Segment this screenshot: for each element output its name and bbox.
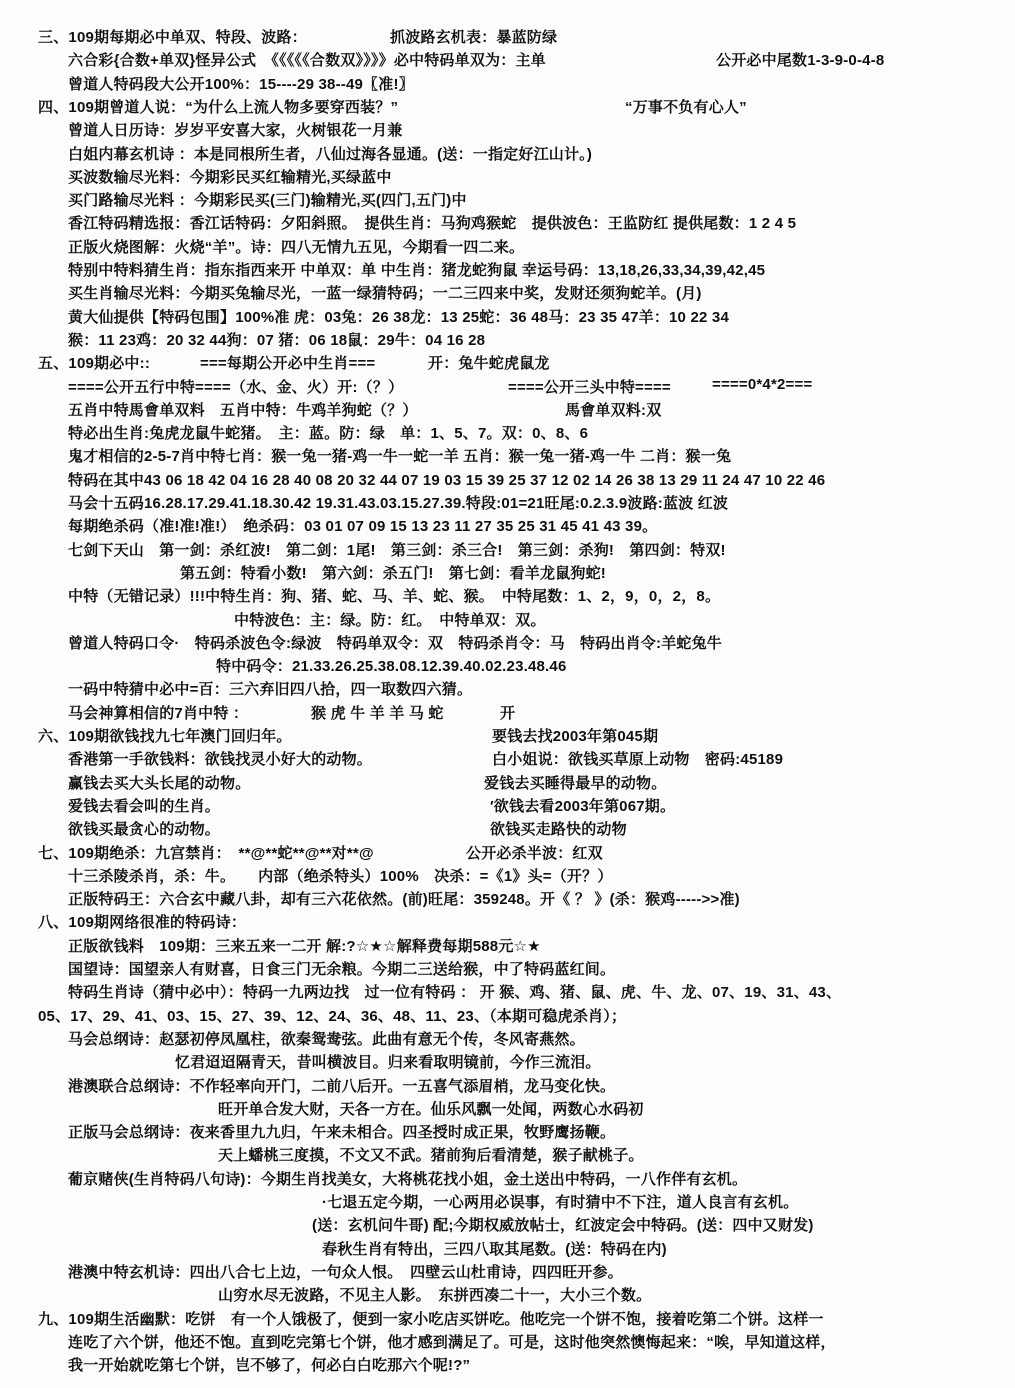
text-line: 香江特码精选报：香江话特码：夕阳斜照。 提供生肖：马狗鸡猴蛇 提供波色：王监防红…	[0, 212, 1015, 235]
text-segment: 香港第一手欲钱料：欲钱找灵小好大的动物。	[68, 748, 372, 769]
text-line: 葡京赌侠(生肖特码八句诗)：今期生肖找美女，大将桃花找小姐，金土送出中特码，一八…	[0, 1168, 1015, 1191]
text-line: 香港第一手欲钱料：欲钱找灵小好大的动物。白小姐说：欲钱买草原上动物 密码:451…	[0, 748, 1015, 771]
text-segment: 欲钱买最贪心的动物。	[68, 818, 220, 839]
text-segment: 六合彩{合数+单双}怪异公式 《《《《《合数双》》》》必中特码单双为：主单	[68, 49, 546, 70]
text-line: 每期绝杀码（准!准!准!） 绝杀码：03 01 07 09 15 13 23 1…	[0, 515, 1015, 538]
text-line: 白姐内幕玄机诗 ：本是同根所生者，八仙过海各显通。(送：一指定好江山计。)	[0, 143, 1015, 166]
text-segment: 爱钱去看会叫的生肖。	[68, 795, 220, 816]
text-line: 旺开单合发大财，天各一方在。仙乐风飘一处闻，两数心水码初	[0, 1098, 1015, 1121]
text-segment: 开	[500, 702, 515, 723]
text-line: 05、17、29、41、03、15、27、39、12、24、36、48、11、2…	[0, 1005, 1015, 1028]
text-segment: 特码在其中43 06 18 42 04 16 28 40 08 20 32 44…	[68, 469, 825, 490]
text-line: 六、109期欲钱找九七年澳门回归年。要钱去找2003年第045期	[0, 725, 1015, 748]
text-line: 中特（无错记录）!!!中特生肖：狗、猪、蛇、马、羊、蛇、猴。 中特尾数：1、2，…	[0, 585, 1015, 608]
text-segment: 八、109期网络很准的特码诗：	[38, 911, 246, 932]
text-line: 爱钱去看会叫的生肖。′欲钱去看2003年第067期。	[0, 795, 1015, 818]
text-line: 港澳联合总纲诗：不作轻率向开门，二前八后开。一五喜气添眉梢，龙马变化快。	[0, 1075, 1015, 1098]
text-segment: 赢钱去买大头长尾的动物。	[68, 772, 250, 793]
text-line: 买波数输尽光料：今期彩民买红输精光,买绿蓝中	[0, 166, 1015, 189]
text-segment: 葡京赌侠(生肖特码八句诗)：今期生肖找美女，大将桃花找小姐，金土送出中特码，一八…	[68, 1168, 747, 1189]
text-segment: (送：玄机问牛哥) 配;今期权威放帖士，红波定会中特码。(送：四中又财发)	[312, 1214, 814, 1235]
text-segment: 05、17、29、41、03、15、27、39、12、24、36、48、11、2…	[38, 1005, 626, 1026]
text-line: 曾道人特码口令· 特码杀波色令:绿波 特码单双令：双 特码杀肖令：马 特码出肖令…	[0, 632, 1015, 655]
text-line: 港澳中特玄机诗：四出八合七上边，一句众人恨。 四壁云山杜甫诗，四四旺开参。	[0, 1261, 1015, 1284]
text-segment: 曾道人特码口令· 特码杀波色令:绿波 特码单双令：双 特码杀肖令：马 特码出肖令…	[68, 632, 722, 653]
text-segment: “万事不负有心人”	[625, 96, 747, 117]
text-segment: ====公开五行中特====（水、金、火）开:（？）	[68, 376, 403, 397]
text-line: 中特波色：主：绿。防：红。 中特单双：双。	[0, 609, 1015, 632]
text-line: 特码生肖诗（猜中必中）：特码一九两边找 过一位有特码 ： 开 猴、鸡、猪、鼠、虎…	[0, 981, 1015, 1004]
text-segment: 六、109期欲钱找九七年澳门回归年。	[38, 725, 292, 746]
text-line: 山穷水尽无波路，不见主人影。 东拼西凑二十一，大小三个数。	[0, 1284, 1015, 1307]
text-segment: 买波数输尽光料：今期彩民买红输精光,买绿蓝中	[68, 166, 392, 187]
text-line: 买生肖输尽光料：今期买兔输尽光，一蓝一绿猜特码；一二三四来中奖，发财还须狗蛇羊。…	[0, 282, 1015, 305]
text-segment: 五、109期必中::	[38, 352, 150, 373]
text-line: 特别中特料猜生肖：指东指西来开 中单双：单 中生肖：猪龙蛇狗鼠 幸运号码：13,…	[0, 259, 1015, 282]
text-segment: 十三杀陵杀肖，杀：牛。 内部（绝杀特头）100% 决杀：=《1》头=（开？）	[68, 865, 613, 886]
text-line: 猴：11 23鸡：20 32 44狗：07 猪：06 18鼠：29牛：04 16…	[0, 329, 1015, 352]
text-line: 天上蟠桃三度摸，不文又不武。猪前狗后看清楚，猴子献桃子。	[0, 1144, 1015, 1167]
text-segment: 曾道人特码段大公开100%：15----29 38--49〖准!〗	[68, 73, 414, 94]
text-segment: 我一开始就吃第七个饼，岂不够了，何必白白吃那六个呢!?”	[68, 1354, 470, 1375]
text-segment: 正版马会总纲诗：夜来香里九九归，午来未相合。四圣授时成正果，牧野鹰扬鞭。	[68, 1121, 615, 1142]
text-segment: 猴 虎 牛 羊 羊 马 蛇	[311, 702, 444, 723]
text-segment: 特中码令：21.33.26.25.38.08.12.39.40.02.23.48…	[216, 655, 567, 676]
text-line: 曾道人特码段大公开100%：15----29 38--49〖准!〗	[0, 73, 1015, 96]
text-line: 七、109期绝杀：九宫禁肖： **@**蛇**@**对**@公开必杀半波：红双	[0, 842, 1015, 865]
text-line: 黄大仙提供【特码包围】100%准 虎：03兔：26 38龙：13 25蛇：36 …	[0, 306, 1015, 329]
text-segment: 要钱去找2003年第045期	[492, 725, 658, 746]
text-segment: 马会总纲诗：赵瑟初停凤凰柱，欲秦鸳鸯弦。此曲有意无个传，冬风寄燕然。	[68, 1028, 585, 1049]
text-segment: ′欲钱去看2003年第067期。	[490, 795, 675, 816]
text-segment: 四、109期曾道人说：“为什么上流人物多要穿西装？”	[38, 96, 398, 117]
text-segment: 欲钱买走路快的动物	[490, 818, 627, 839]
text-line: 忆君迢迢隔青天，昔叫横波目。归来看取明镜前，今作三流泪。	[0, 1051, 1015, 1074]
text-line: 第五剑：特看小数! 第六剑：杀五门! 第七剑：看羊龙鼠狗蛇!	[0, 562, 1015, 585]
text-line: 五肖中特馬會单双料 五肖中特：牛鸡羊狗蛇（？）馬會单双料:双	[0, 399, 1015, 422]
text-segment: 曾道人日历诗：岁岁平安喜大家，火树银花一月兼	[68, 119, 402, 140]
text-segment: 抓波路玄机表：暴蓝防绿	[390, 26, 557, 47]
text-segment: ·七退五定今期，一心两用必误事，有时猜中不下注，道人良言有玄机。	[322, 1191, 798, 1212]
text-line: 十三杀陵杀肖，杀：牛。 内部（绝杀特头）100% 决杀：=《1》头=（开？）	[0, 865, 1015, 888]
document-page: 三、109期每期必中单双、特段、波路：抓波路玄机表：暴蓝防绿六合彩{合数+单双}…	[0, 0, 1015, 1388]
text-segment: 三、109期每期必中单双、特段、波路：	[38, 26, 307, 47]
text-segment: ====公开三头中特====	[508, 376, 671, 397]
text-segment: 九、109期生活幽默：吃饼 有一个人饿极了，便到一家小吃店买饼吃。他吃完一个饼不…	[38, 1308, 824, 1329]
text-line: 一码中特猜中必中=百：三六弃旧四八拾，四一取数四六猜。	[0, 678, 1015, 701]
text-line: 正版欲钱料 109期：三来五来一二开 解:?☆★☆解释费每期588元☆★	[0, 935, 1015, 958]
text-segment: 七、109期绝杀：九宫禁肖： **@**蛇**@**对**@	[38, 842, 374, 863]
text-segment: 买生肖输尽光料：今期买兔输尽光，一蓝一绿猜特码；一二三四来中奖，发财还须狗蛇羊。…	[68, 282, 702, 303]
text-line: 马会总纲诗：赵瑟初停凤凰柱，欲秦鸳鸯弦。此曲有意无个传，冬风寄燕然。	[0, 1028, 1015, 1051]
text-segment: 每期绝杀码（准!准!准!） 绝杀码：03 01 07 09 15 13 23 1…	[68, 515, 657, 536]
text-segment: 猴：11 23鸡：20 32 44狗：07 猪：06 18鼠：29牛：04 16…	[68, 329, 485, 350]
text-line: 春秋生肖有特出，三四八取其尾数。(送：特码在内)	[0, 1238, 1015, 1261]
text-line: 三、109期每期必中单双、特段、波路：抓波路玄机表：暴蓝防绿	[0, 26, 1015, 49]
text-segment: 黄大仙提供【特码包围】100%准 虎：03兔：26 38龙：13 25蛇：36 …	[68, 306, 729, 327]
text-segment: 第五剑：特看小数! 第六剑：杀五门! 第七剑：看羊龙鼠狗蛇!	[180, 562, 606, 583]
text-segment: ===每期公开必中生肖===	[200, 352, 375, 373]
text-line: 六合彩{合数+单双}怪异公式 《《《《《合数双》》》》必中特码单双为：主单公开必…	[0, 49, 1015, 72]
text-line: 正版特码王：六合玄中藏八卦，却有三六花依然。(前)旺尾：359248。开《 ？ …	[0, 888, 1015, 911]
text-segment: 港澳联合总纲诗：不作轻率向开门，二前八后开。一五喜气添眉梢，龙马变化快。	[68, 1075, 615, 1096]
text-segment: 山穷水尽无波路，不见主人影。 东拼西凑二十一，大小三个数。	[218, 1284, 651, 1305]
text-segment: 馬會单双料:双	[565, 399, 661, 420]
text-segment: 正版火烧图解：火烧“羊”。诗：四八无情九五见，今期看一四二来。	[68, 236, 524, 257]
text-line: 赢钱去买大头长尾的动物。爱钱去买睡得最早的动物。	[0, 772, 1015, 795]
text-segment: 马会神算相信的7肖中特 ：	[68, 702, 248, 723]
text-segment: 一码中特猜中必中=百：三六弃旧四八拾，四一取数四六猜。	[68, 678, 472, 699]
text-segment: 爱钱去买睡得最早的动物。	[484, 772, 666, 793]
text-line: 特码在其中43 06 18 42 04 16 28 40 08 20 32 44…	[0, 469, 1015, 492]
text-segment: 国望诗：国望亲人有财喜，日食三门无余粮。今期二三送给猴，中了特码蓝红间。	[68, 958, 615, 979]
text-segment: 特码生肖诗（猜中必中）：特码一九两边找 过一位有特码 ： 开 猴、鸡、猪、鼠、虎…	[68, 981, 841, 1002]
text-segment: 白姐内幕玄机诗 ：本是同根所生者，八仙过海各显通。(送：一指定好江山计。)	[68, 143, 592, 164]
text-segment: 中特（无错记录）!!!中特生肖：狗、猪、蛇、马、羊、蛇、猴。 中特尾数：1、2，…	[68, 585, 720, 606]
text-line: 连吃了六个饼，他还不饱。直到吃完第七个饼，他才感到满足了。可是，这时他突然懊悔起…	[0, 1331, 1015, 1354]
text-segment: 五肖中特馬會单双料 五肖中特：牛鸡羊狗蛇（？）	[68, 399, 418, 420]
text-segment: 马会十五码16.28.17.29.41.18.30.42 19.31.43.03…	[68, 492, 728, 513]
text-line: 五、109期必中::===每期公开必中生肖===开：兔牛蛇虎鼠龙	[0, 352, 1015, 375]
text-segment: 忆君迢迢隔青天，昔叫横波目。归来看取明镜前，今作三流泪。	[175, 1051, 601, 1072]
text-line: (送：玄机问牛哥) 配;今期权威放帖士，红波定会中特码。(送：四中又财发)	[0, 1214, 1015, 1237]
text-line: 我一开始就吃第七个饼，岂不够了，何必白白吃那六个呢!?”	[0, 1354, 1015, 1377]
text-line: 马会十五码16.28.17.29.41.18.30.42 19.31.43.03…	[0, 492, 1015, 515]
text-segment: 买门路输尽光料 ：今期彩民买(三门)输精光,买(四门,五门)中	[68, 189, 467, 210]
text-line: 特中码令：21.33.26.25.38.08.12.39.40.02.23.48…	[0, 655, 1015, 678]
text-line: 马会神算相信的7肖中特 ：猴 虎 牛 羊 羊 马 蛇开	[0, 702, 1015, 725]
text-line: 八、109期网络很准的特码诗：	[0, 911, 1015, 934]
text-segment: 中特波色：主：绿。防：红。 中特单双：双。	[234, 609, 546, 630]
text-line: 七剑下天山 第一剑：杀红波! 第二剑：1尾! 第三剑：杀三合! 第三剑：杀狗! …	[0, 539, 1015, 562]
text-segment: 白小姐说：欲钱买草原上动物 密码:45189	[492, 748, 783, 769]
text-segment: 七剑下天山 第一剑：杀红波! 第二剑：1尾! 第三剑：杀三合! 第三剑：杀狗! …	[68, 539, 726, 560]
text-segment: 天上蟠桃三度摸，不文又不武。猪前狗后看清楚，猴子献桃子。	[218, 1144, 644, 1165]
text-segment: 开：兔牛蛇虎鼠龙	[428, 352, 550, 373]
text-segment: 港澳中特玄机诗：四出八合七上边，一句众人恨。 四壁云山杜甫诗，四四旺开参。	[68, 1261, 623, 1282]
text-segment: 春秋生肖有特出，三四八取其尾数。(送：特码在内)	[322, 1238, 667, 1259]
text-segment: 特必出生肖:兔虎龙鼠牛蛇猪。 主：蓝。防：绿 单：1、5、7。双：0、8、6	[68, 422, 588, 443]
text-segment: 正版欲钱料 109期：三来五来一二开 解:?☆★☆解释费每期588元☆★	[68, 935, 541, 956]
text-line: 正版火烧图解：火烧“羊”。诗：四八无情九五见，今期看一四二来。	[0, 236, 1015, 259]
text-line: 买门路输尽光料 ：今期彩民买(三门)输精光,买(四门,五门)中	[0, 189, 1015, 212]
text-segment: 公开必中尾数1-3-9-0-4-8	[716, 49, 884, 70]
text-line: ====公开五行中特====（水、金、火）开:（？）====公开三头中特====…	[0, 376, 1015, 399]
text-segment: 鬼才相信的2-5-7肖中特七肖：猴一兔一猪-鸡一牛一蛇一羊 五肖：猴一兔一猪-鸡…	[68, 445, 731, 466]
text-line: ·七退五定今期，一心两用必误事，有时猜中不下注，道人良言有玄机。	[0, 1191, 1015, 1214]
text-segment: 香江特码精选报：香江话特码：夕阳斜照。 提供生肖：马狗鸡猴蛇 提供波色：王监防红…	[68, 212, 796, 233]
text-segment: 公开必杀半波：红双	[466, 842, 603, 863]
text-line: 曾道人日历诗：岁岁平安喜大家，火树银花一月兼	[0, 119, 1015, 142]
text-segment: ====0*4*2===	[712, 376, 812, 393]
text-segment: 连吃了六个饼，他还不饱。直到吃完第七个饼，他才感到满足了。可是，这时他突然懊悔起…	[68, 1331, 836, 1352]
text-segment: 正版特码王：六合玄中藏八卦，却有三六花依然。(前)旺尾：359248。开《 ？ …	[68, 888, 740, 909]
text-line: 国望诗：国望亲人有财喜，日食三门无余粮。今期二三送给猴，中了特码蓝红间。	[0, 958, 1015, 981]
text-line: 特必出生肖:兔虎龙鼠牛蛇猪。 主：蓝。防：绿 单：1、5、7。双：0、8、6	[0, 422, 1015, 445]
text-line: 四、109期曾道人说：“为什么上流人物多要穿西装？”“万事不负有心人”	[0, 96, 1015, 119]
text-line: 正版马会总纲诗：夜来香里九九归，午来未相合。四圣授时成正果，牧野鹰扬鞭。	[0, 1121, 1015, 1144]
text-segment: 旺开单合发大财，天各一方在。仙乐风飘一处闻，两数心水码初	[218, 1098, 644, 1119]
text-line: 欲钱买最贪心的动物。欲钱买走路快的动物	[0, 818, 1015, 841]
text-line: 鬼才相信的2-5-7肖中特七肖：猴一兔一猪-鸡一牛一蛇一羊 五肖：猴一兔一猪-鸡…	[0, 445, 1015, 468]
text-line: 九、109期生活幽默：吃饼 有一个人饿极了，便到一家小吃店买饼吃。他吃完一个饼不…	[0, 1308, 1015, 1331]
text-segment: 特别中特料猜生肖：指东指西来开 中单双：单 中生肖：猪龙蛇狗鼠 幸运号码：13,…	[68, 259, 765, 280]
